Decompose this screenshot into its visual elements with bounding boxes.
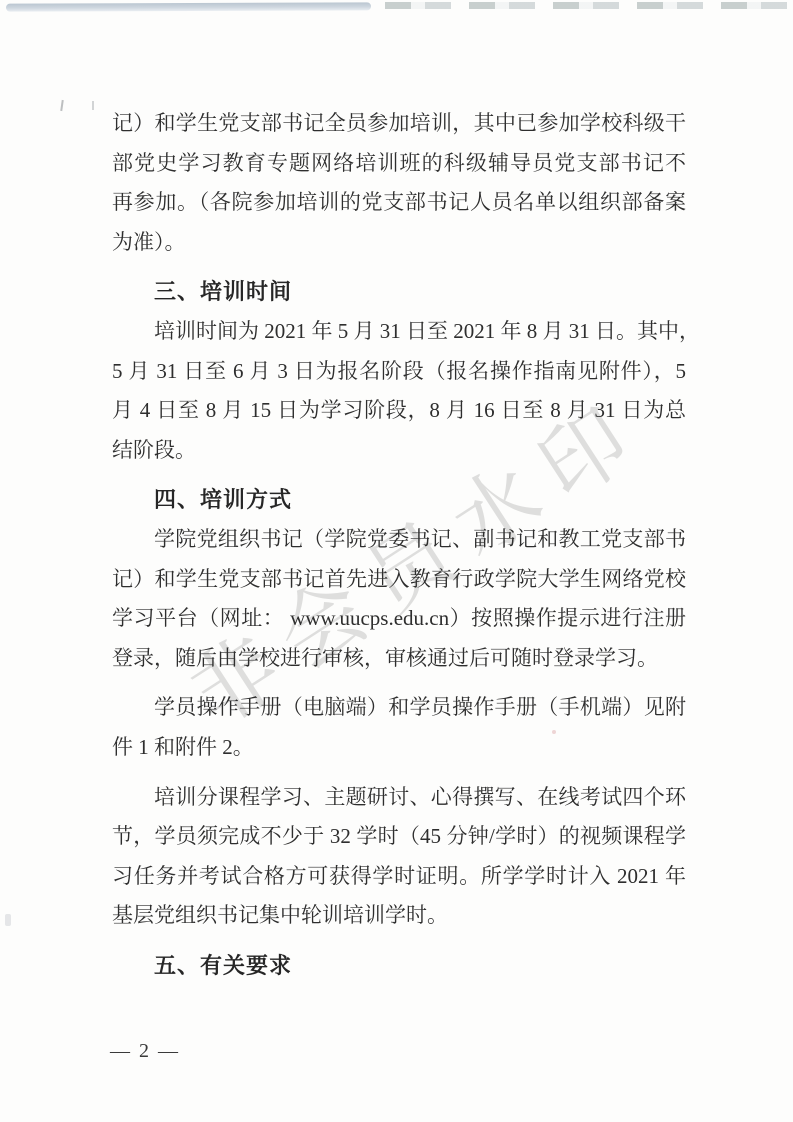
text-line: 记）和学生党支部书记全员参加培训，其中已参加学校科级干: [112, 104, 686, 144]
text-line: 部党史学习教育专题网络培训班的科级辅导员党支部书记不: [112, 144, 686, 184]
document-page: 非会员水印 记）和学生党支部书记全员参加培训，其中已参加学校科级干部党史学习教育…: [0, 0, 793, 1122]
text-line: 再参加。（各院参加培训的党支部书记人员名单以组织部备案: [112, 183, 686, 223]
paragraph: 学员操作手册（电脑端）和学员操作手册（手机端）见附件 1 和附件 2。: [112, 688, 686, 767]
document-content: 记）和学生党支部书记全员参加培训，其中已参加学校科级干部党史学习教育专题网络培训…: [112, 104, 686, 985]
scan-artifact-top-band-right: [385, 2, 793, 9]
text-line: 结阶段。: [112, 431, 686, 471]
paragraph: 培训分课程学习、主题研讨、心得撰写、在线考试四个环节，学员须完成不少于 32 学…: [112, 778, 686, 936]
text-line: 学习平台（网址： www.uucps.edu.cn）按照操作提示进行注册: [112, 599, 686, 639]
text-line: 记）和学生党支部书记首先进入教育行政学院大学生网络党校: [112, 560, 686, 600]
text-line: 件 1 和附件 2。: [112, 728, 686, 768]
text-line: 习任务并考试合格方可获得学时证明。所学学时计入 2021 年: [112, 857, 686, 897]
text-line: 登录，随后由学校进行审核，审核通过后可随时登录学习。: [112, 639, 686, 679]
text-line: 节，学员须完成不少于 32 学时（45 分钟/学时）的视频课程学: [112, 817, 686, 857]
section-heading: 三、培训时间: [112, 272, 686, 312]
text-line: 培训时间为 2021 年 5 月 31 日至 2021 年 8 月 31 日。其…: [112, 312, 686, 352]
paragraph: 学院党组织书记（学院党委书记、副书记和教工党支部书记）和学生党支部书记首先进入教…: [112, 520, 686, 678]
text-line: 5 月 31 日至 6 月 3 日为报名阶段（报名操作指南见附件），5: [112, 352, 686, 392]
paragraph: 培训时间为 2021 年 5 月 31 日至 2021 年 8 月 31 日。其…: [112, 312, 686, 470]
page-number: — 2 —: [110, 1040, 180, 1063]
text-line: 培训分课程学习、主题研讨、心得撰写、在线考试四个环: [112, 778, 686, 818]
scan-artifact-top-band-left: [6, 2, 371, 11]
paragraph: 记）和学生党支部书记全员参加培训，其中已参加学校科级干部党史学习教育专题网络培训…: [112, 104, 686, 262]
scan-speck: [60, 100, 64, 111]
scan-speck: [5, 914, 11, 926]
text-line: 月 4 日至 8 月 15 日为学习阶段，8 月 16 日至 8 月 31 日为…: [112, 391, 686, 431]
text-line: 基层党组织书记集中轮训培训学时。: [112, 896, 686, 936]
text-line: 为准）。: [112, 223, 686, 263]
section-heading: 五、有关要求: [112, 946, 686, 986]
section-heading: 四、培训方式: [112, 480, 686, 520]
scan-speck: [92, 101, 94, 110]
text-line: 学院党组织书记（学院党委书记、副书记和教工党支部书: [112, 520, 686, 560]
text-line: 学员操作手册（电脑端）和学员操作手册（手机端）见附: [112, 688, 686, 728]
